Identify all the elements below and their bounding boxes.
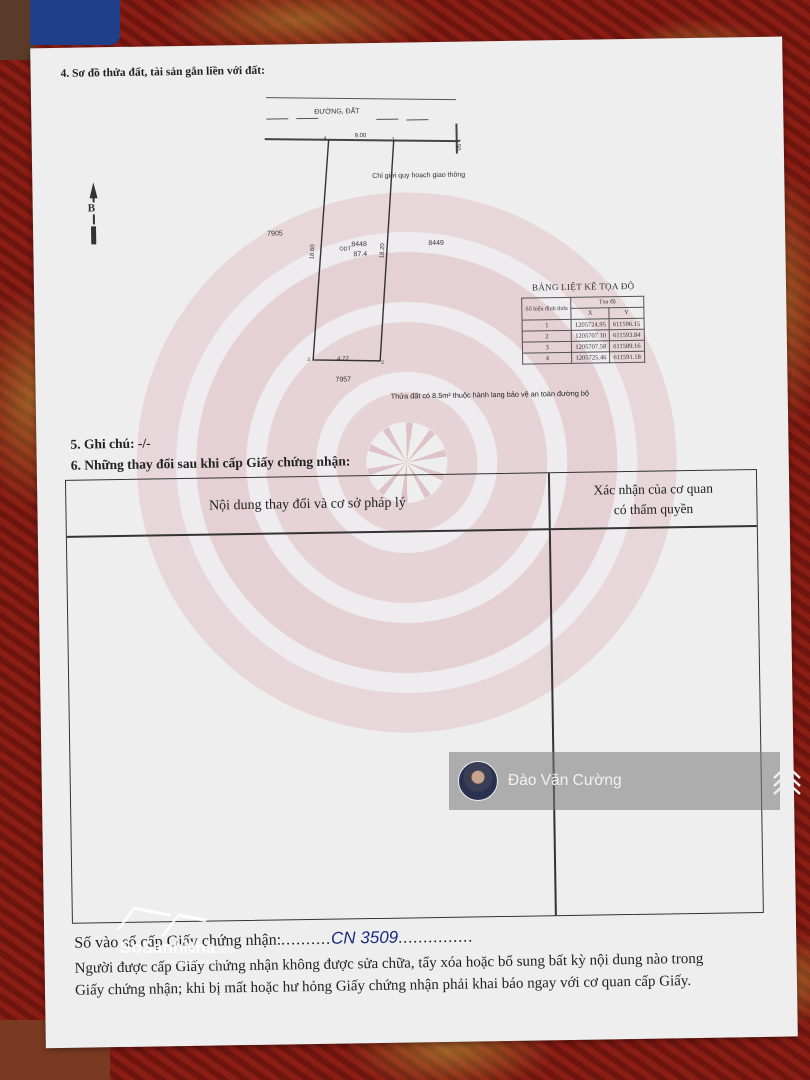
user-avatar[interactable] xyxy=(458,761,498,801)
vertex-label: 1 xyxy=(392,137,395,143)
column-divider xyxy=(548,473,556,915)
left-side-length: 18.60 xyxy=(310,244,317,259)
changes-content-header: Nội dung thay đổi và cơ sở pháp lý xyxy=(66,473,549,536)
changes-table: Nội dung thay đổi và cơ sở pháp lý Xác n… xyxy=(65,469,764,924)
header-x: X xyxy=(571,308,609,320)
coordinate-table-title: BẢNG LIỆT KÊ TỌA ĐỘ xyxy=(532,281,635,293)
background-blue-object xyxy=(30,0,120,45)
registry-number-line: Số vào sổ cấp Giấy chứng nhận:..........… xyxy=(74,926,473,952)
neighbor-parcel-left: 7905 xyxy=(267,230,283,237)
parcel-area: 87.4 xyxy=(353,251,367,258)
neighbor-parcel-bottom: 7957 xyxy=(335,376,351,383)
poster-name[interactable]: Đào Văn Cường xyxy=(508,772,622,790)
neighbor-parcel-right: 8449 xyxy=(428,240,444,247)
parcel-outline xyxy=(30,37,788,449)
parcel-number: 8448 xyxy=(351,241,367,248)
chevron-up-double-icon[interactable] xyxy=(770,760,804,800)
right-side-length: 18.20 xyxy=(380,243,387,258)
registry-value: CN 3509 xyxy=(331,928,398,948)
vertex-label: 3 xyxy=(307,357,310,363)
header-point: Số hiệu đỉnh thửa xyxy=(522,297,572,320)
parcel-land-type: ODT xyxy=(339,246,351,252)
poster-overlay[interactable]: Đào Văn Cường xyxy=(449,752,780,810)
changes-authority-header: Xác nhận của cơ quan có thẩm quyền xyxy=(550,470,757,528)
back-width-label: 4.72 xyxy=(337,356,349,362)
header-y: Y xyxy=(609,307,644,319)
table-row: 4 1205725.46 611591.18 xyxy=(523,351,645,364)
coordinate-table: Số hiệu đỉnh thửa Tọa độ X Y 1 1205724.9… xyxy=(521,296,645,365)
registry-label: Số vào sổ cấp Giấy chứng nhận: xyxy=(74,932,281,952)
vertex-label: 2 xyxy=(381,360,384,366)
section-5-notes: 5. Ghi chú: -/- xyxy=(70,436,151,453)
warning-text: Người được cấp Giấy chứng nhận không đượ… xyxy=(74,947,775,1002)
land-certificate-page: 4. Sơ đồ thửa đất, tài sản gắn liền với … xyxy=(30,37,798,1049)
vertex-label: 4 xyxy=(324,136,327,142)
